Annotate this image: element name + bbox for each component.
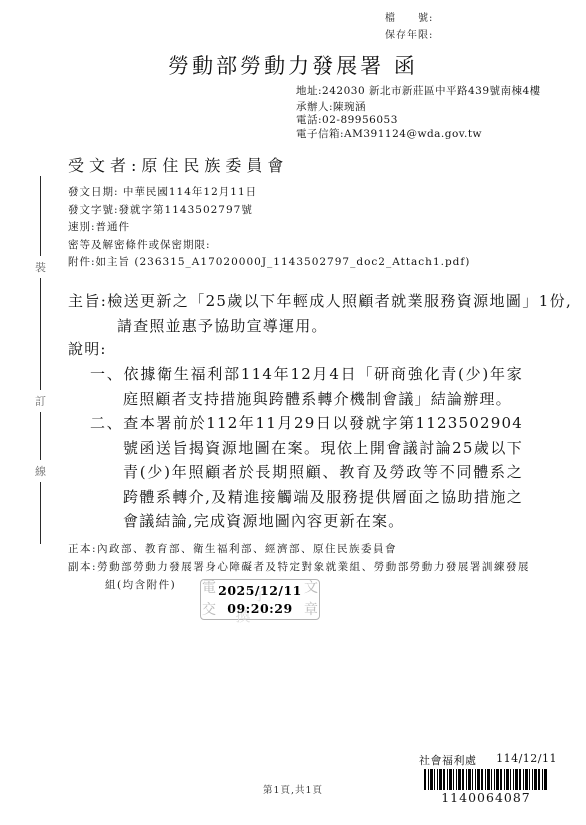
description-label: 說明: <box>68 338 107 359</box>
original-recipients: 正本:內政部、教育部、衛生福利部、經濟部、原住民族委員會 <box>68 540 530 558</box>
description-items: 一、依據衛生福利部114年12月4日「研商強化青(少)年家庭照顧者支持措施與跨體… <box>90 362 523 534</box>
security-level: 密等及解密條件或保密期限: <box>68 237 470 255</box>
doc-number: 發文字號:發就字第1143502797號 <box>68 202 470 220</box>
recipient-line: 受文者:原住民族委員會 <box>68 153 288 176</box>
document-title: 勞動部勞動力發展署 函 <box>0 50 586 80</box>
department-date: 114/12/11 <box>496 752 557 768</box>
description-item-2: 二、查本署前於112年11月29日以發就字第1123502904號函送旨揭資源地… <box>90 411 523 534</box>
document-meta: 發文日期: 中華民國114年12月11日 發文字號:發就字第1143502797… <box>68 184 470 272</box>
item-1-text: 依據衛生福利部114年12月4日「研商強化青(少)年家庭照顧者支持措施與跨體系轉… <box>123 365 523 408</box>
item-2-number: 二、 <box>90 414 123 432</box>
official-letter-page: 檔 號: 保存年限: 勞動部勞動力發展署 函 地址:242030 新北市新莊區中… <box>0 0 586 825</box>
binding-mark-xian: 線 <box>33 460 48 482</box>
page-number: 第1頁,共1頁 <box>0 782 586 796</box>
archive-labels: 檔 號: 保存年限: <box>385 10 433 44</box>
subject-label: 主旨: <box>68 292 107 310</box>
department-line: 社會福利處 114/12/11 <box>419 752 557 768</box>
sender-info: 地址:242030 新北市新莊區中平路439號南棟4樓 承辦人:陳琬涵 電話:0… <box>296 85 541 141</box>
subject-text: 檢送更新之「25歲以下年輕成人照顧者就業服務資源地圖」1份,請查照並惠予協助宣導… <box>107 292 572 335</box>
subject-paragraph: 主旨:檢送更新之「25歲以下年輕成人照顧者就業服務資源地圖」1份,請查照並惠予協… <box>68 289 572 338</box>
department-name: 社會福利處 <box>419 752 477 768</box>
issue-date: 發文日期: 中華民國114年12月11日 <box>68 184 470 202</box>
binding-mark-zhuang: 裝 <box>33 256 48 278</box>
attachment-line: 附件:如主旨 (236315_A17020000J_1143502797_doc… <box>68 254 470 272</box>
sender-address: 地址:242030 新北市新莊區中平路439號南棟4樓 <box>296 85 541 99</box>
binding-margin-line <box>40 176 41 544</box>
retention-label: 保存年限: <box>385 27 433 44</box>
stamp-datetime: 2025/12/11 09:20:29 <box>201 582 319 617</box>
priority: 速別:普通件 <box>68 219 470 237</box>
sender-email: 電子信箱:AM391124@wda.gov.tw <box>296 128 541 142</box>
electronic-exchange-stamp: 電 文 交 章 子 換 2025/12/11 09:20:29 <box>200 579 320 620</box>
item-2-text: 查本署前於112年11月29日以發就字第1123502904號函送旨揭資源地圖在… <box>123 414 523 530</box>
binding-mark-ding: 訂 <box>33 390 48 412</box>
stamp-date: 2025/12/11 <box>201 582 319 600</box>
sender-contact: 承辦人:陳琬涵 <box>296 101 541 115</box>
sender-phone: 電話:02-89956053 <box>296 114 541 128</box>
item-1-number: 一、 <box>90 365 124 383</box>
stamp-time: 09:20:29 <box>201 600 319 618</box>
file-no-label: 檔 號: <box>385 10 433 27</box>
description-item-1: 一、依據衛生福利部114年12月4日「研商強化青(少)年家庭照顧者支持措施與跨體… <box>90 362 523 411</box>
